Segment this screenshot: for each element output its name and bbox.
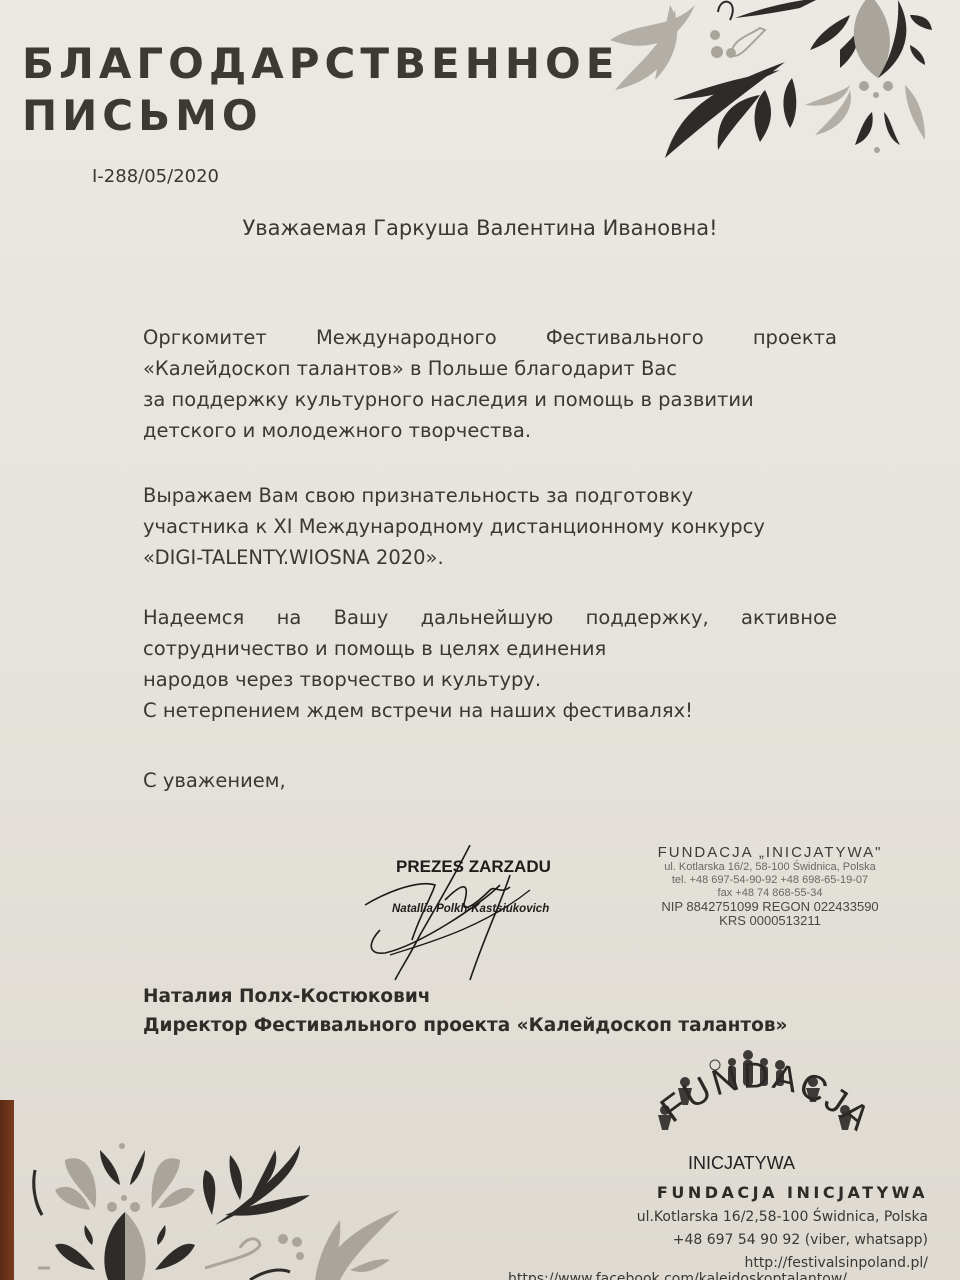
paragraph-line: С нетерпением ждем встречи на наших фест… [143,695,837,726]
stamp-nip-regon: NIP 8842751099 REGON 022433590 [628,900,912,914]
greeting: Уважаемая Гаркуша Валентина Ивановна! [0,216,960,240]
stamp-phone: tel. +48 697-54-90-92 +48 698-65-19-07 [628,874,912,887]
stamp-address: ul. Kotlarska 16/2, 58-100 Świdnica, Pol… [628,861,912,874]
paragraph-line: сотрудничество и помощь в целях единения [143,633,837,664]
stamp-title: FUNDACJA „INICJATYWA" [628,844,912,861]
background-table-edge [0,1100,14,1280]
paragraph-line: Оргкомитет Международного Фестивального … [143,322,837,353]
foundation-address: ul.Kotlarska 16/2,58-100 Świdnica, Polsk… [637,1206,928,1229]
paragraph-line: Надеемся на Вашу дальнейшую поддержку, а… [143,602,837,633]
signer-title: Директор Фестивального проекта «Калейдос… [143,1011,788,1040]
word: активное [741,602,837,633]
paragraph-line: народов через творчество и культуру. [143,664,837,695]
foundation-name: FUNDACJA INICJATYWA [637,1180,928,1206]
word: Вашу [334,602,389,633]
paragraph-3: Надеемся на Вашу дальнейшую поддержку, а… [143,602,837,726]
paragraph-line: детского и молодежного творчества. [143,415,837,446]
word: дальнейшую [421,602,554,633]
title-line-2: ПИСЬМО [22,90,619,142]
floral-ornament-bottom-left-icon [0,1120,520,1280]
foundation-facebook-link[interactable]: https://www.facebook.com/kalejdoskoptala… [508,1271,847,1280]
paragraph-line: «DIGI-TALENTY.WIOSNA 2020». [143,542,837,573]
paragraph-line: за поддержку культурного наследия и помо… [143,384,837,415]
handwritten-signature-icon [360,845,590,985]
paragraph-line: Выражаем Вам свою признательность за под… [143,480,837,511]
signer-block: Наталия Полх-Костюкович Директор Фестива… [143,982,788,1040]
word: Оргкомитет [143,322,267,353]
paragraph-line: «Калейдоскоп талантов» в Польше благодар… [143,353,837,384]
word: Надеемся [143,602,244,633]
signature-stamp: PREZES ZARZADU Natallia Polkh-Kastsiukov… [360,845,590,985]
letter-page: БЛАГОДАРСТВЕННОЕ ПИСЬМО I-288/05/2020 Ув… [0,0,960,1280]
paragraph-line: участника к XI Международному дистанцион… [143,511,837,542]
svg-text:FUNDACJA: FUNDACJA [653,1054,880,1139]
word: Фестивального [546,322,704,353]
stamp-krs: KRS 0000513211 [628,914,912,928]
document-title: БЛАГОДАРСТВЕННОЕ ПИСЬМО [22,38,619,142]
reference-number: I-288/05/2020 [92,166,219,187]
floral-ornament-top-right-icon [600,0,960,170]
paragraph-2: Выражаем Вам свою признательность за под… [143,480,837,573]
foundation-contact-block: FUNDACJA INICJATYWA ul.Kotlarska 16/2,58… [637,1180,928,1275]
signer-name: Наталия Полх-Костюкович [143,982,788,1011]
word: Международного [316,322,497,353]
closing-salutation: С уважением, [143,765,837,796]
paragraph-1: Оргкомитет Международного Фестивального … [143,322,837,446]
title-line-1: БЛАГОДАРСТВЕННОЕ [22,38,619,90]
word: поддержку, [586,602,709,633]
word: проекта [753,322,837,353]
word: на [277,602,302,633]
foundation-phone: +48 697 54 90 92 (viber, whatsapp) [637,1229,928,1252]
logo-subtitle: INICJATYWA [688,1153,795,1174]
organization-stamp: FUNDACJA „INICJATYWA" ul. Kotlarska 16/2… [628,844,912,928]
